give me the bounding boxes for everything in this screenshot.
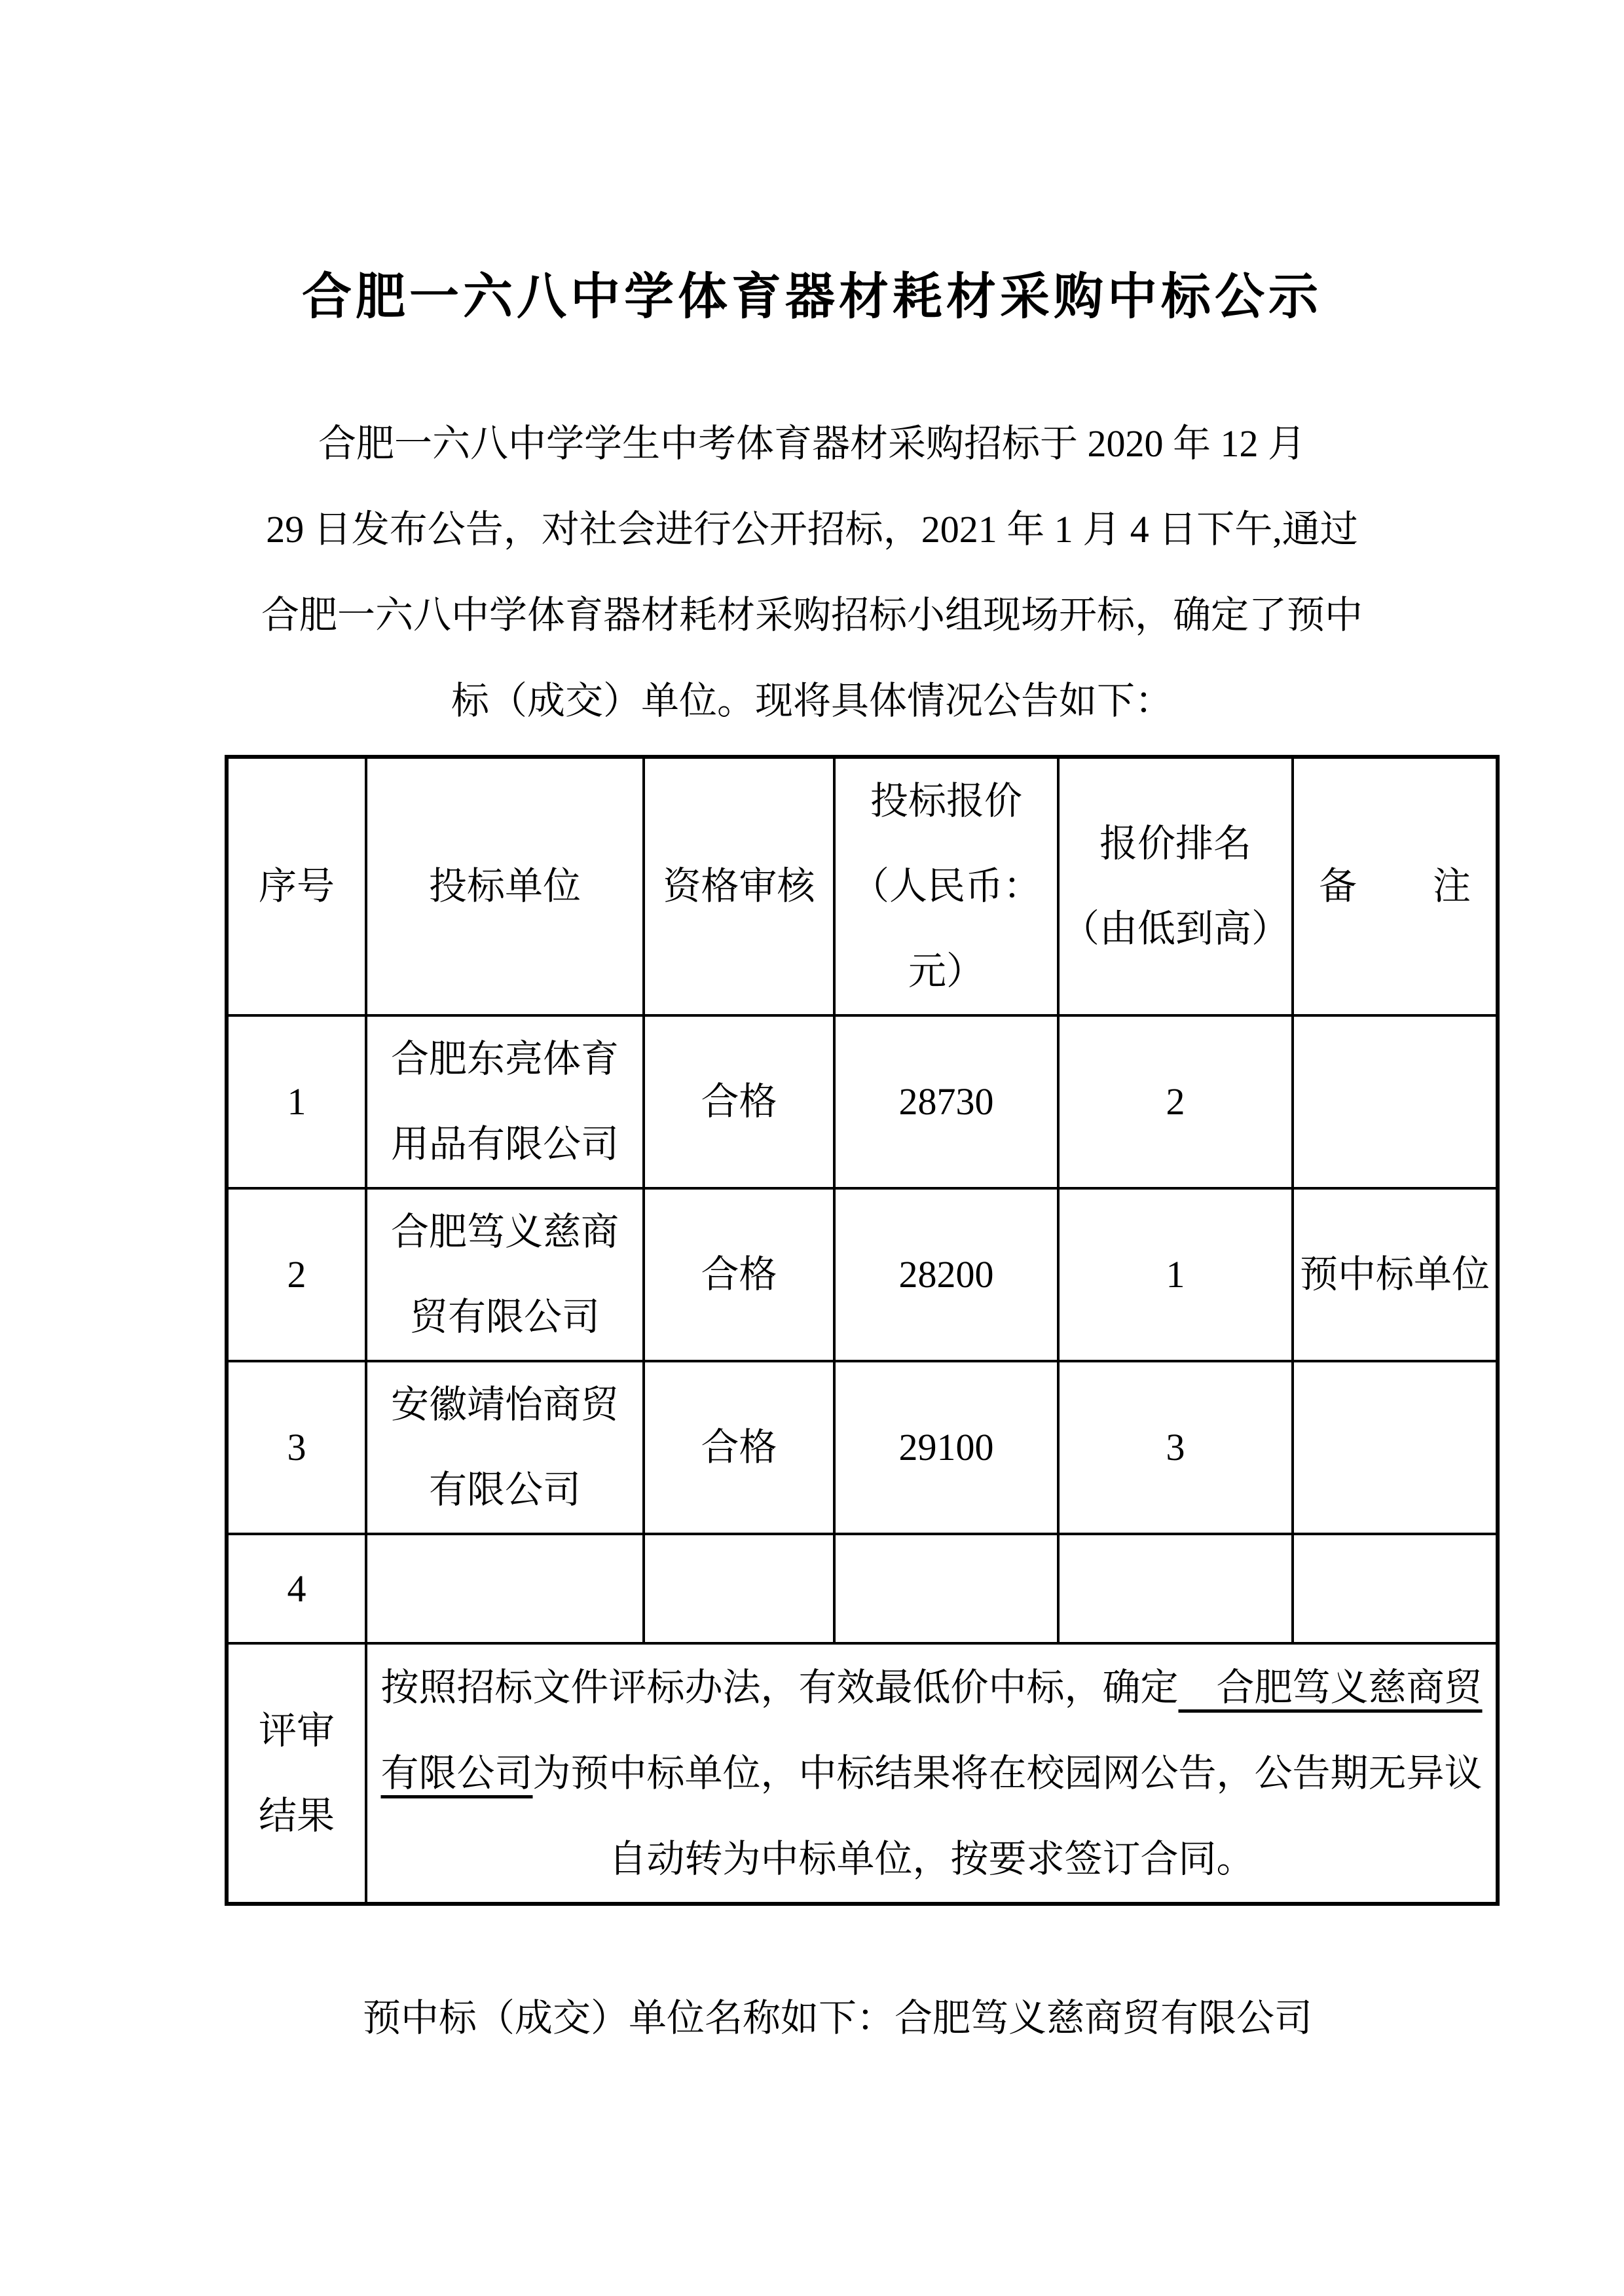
review-content-cell: 按照招标文件评标办法，有效最低价中标，确定 合肥笃义慈商贸 有限公司为预中标单位… (366, 1643, 1498, 1904)
cell-qualification: 合格 (644, 1015, 834, 1188)
cell-seq: 4 (227, 1534, 366, 1643)
seq-value: 4 (229, 1546, 365, 1631)
review-line: 按照招标文件评标办法，有效最低价中标，确定 合肥笃义慈商贸 (367, 1645, 1496, 1730)
review-text-underlined: 合肥笃义慈商贸 (1179, 1666, 1483, 1709)
bid-results-table: 序号 投标单位 资格审核 投标报价 （人民币： 元） 报价排名 （由低到高） 备… (225, 755, 1500, 1906)
cell-rank: 3 (1058, 1361, 1293, 1534)
table-row: 2 合肥笃义慈商 贸有限公司 合格 28200 1 预中标单位 (227, 1188, 1498, 1361)
remark-value: 预中标单位 (1294, 1232, 1496, 1317)
header-price: 投标报价 （人民币： 元） (834, 757, 1058, 1015)
review-row: 评审 结果 按照招标文件评标办法，有效最低价中标，确定 合肥笃义慈商贸 有限公司… (227, 1643, 1498, 1904)
seq-value: 3 (229, 1405, 365, 1490)
header-price-line: （人民币： (836, 844, 1057, 929)
closing-line: 预中标（成交）单位名称如下：合肥笃义慈商贸有限公司 (363, 1976, 1312, 2061)
price-value: 29100 (836, 1405, 1057, 1490)
intro-line: 合肥一六八中学体育器材耗材采购招标小组现场开标，确定了预中 (0, 572, 1624, 658)
price-value: 28200 (836, 1232, 1057, 1317)
intro-paragraph: 合肥一六八中学学生中考体育器材采购招标于 2020 年 12 月 29 日发布公… (0, 401, 1624, 744)
header-bidder-label: 投标单位 (367, 844, 642, 929)
cell-qualification (644, 1534, 834, 1643)
review-label-line: 结果 (229, 1774, 365, 1859)
price-value: 28730 (836, 1059, 1057, 1144)
cell-remark (1293, 1361, 1498, 1534)
header-rank-line: （由低到高） (1060, 886, 1291, 972)
qualification-value: 合格 (645, 1232, 833, 1317)
cell-bidder: 安徽靖怡商贸 有限公司 (366, 1361, 644, 1534)
header-remark: 备 注 (1293, 757, 1498, 1015)
intro-line: 标（成交）单位。现将具体情况公告如下： (0, 658, 1624, 744)
qualification-value: 合格 (645, 1405, 833, 1490)
bidder-line: 合肥笃义慈商 (367, 1190, 642, 1275)
header-qualification-label: 资格审核 (645, 844, 833, 929)
cell-bidder (366, 1534, 644, 1643)
seq-value: 1 (229, 1059, 365, 1144)
rank-value: 1 (1060, 1232, 1291, 1317)
cell-remark (1293, 1015, 1498, 1188)
review-text: 为预中标单位，中标结果将在校园网公告，公告期无异议 (533, 1752, 1483, 1795)
header-qualification: 资格审核 (644, 757, 834, 1015)
cell-seq: 3 (227, 1361, 366, 1534)
page-title: 合肥一六八中学体育器材耗材采购中标公示 (0, 264, 1624, 330)
header-remark-label: 备 注 (1294, 844, 1496, 929)
cell-seq: 2 (227, 1188, 366, 1361)
cell-qualification: 合格 (644, 1188, 834, 1361)
header-rank-line: 报价排名 (1060, 801, 1291, 886)
rank-value: 2 (1060, 1059, 1291, 1144)
review-label-cell: 评审 结果 (227, 1643, 366, 1904)
cell-rank (1058, 1534, 1293, 1643)
bidder-line: 贸有限公司 (367, 1275, 642, 1360)
bidder-line: 安徽靖怡商贸 (367, 1362, 642, 1448)
header-seq: 序号 (227, 757, 366, 1015)
review-line: 自动转为中标单位，按要求签订合同。 (367, 1816, 1496, 1902)
document-page: 合肥一六八中学体育器材耗材采购中标公示 合肥一六八中学学生中考体育器材采购招标于… (0, 0, 1624, 2296)
table-header-row: 序号 投标单位 资格审核 投标报价 （人民币： 元） 报价排名 （由低到高） 备… (227, 757, 1498, 1015)
qualification-value: 合格 (645, 1059, 833, 1144)
bidder-line: 合肥东亮体育 (367, 1017, 642, 1102)
cell-price: 29100 (834, 1361, 1058, 1534)
review-line: 有限公司为预中标单位，中标结果将在校园网公告，公告期无异议 (367, 1730, 1496, 1816)
intro-line: 29 日发布公告，对社会进行公开招标，2021 年 1 月 4 日下午,通过 (0, 486, 1624, 572)
bidder-line: 有限公司 (367, 1448, 642, 1533)
rank-value: 3 (1060, 1405, 1291, 1490)
header-bidder: 投标单位 (366, 757, 644, 1015)
review-label-line: 评审 (229, 1688, 365, 1774)
cell-price: 28200 (834, 1188, 1058, 1361)
table-row: 3 安徽靖怡商贸 有限公司 合格 29100 3 (227, 1361, 1498, 1534)
cell-bidder: 合肥东亮体育 用品有限公司 (366, 1015, 644, 1188)
review-text: 自动转为中标单位，按要求签订合同。 (608, 1838, 1254, 1880)
review-text: 按照招标文件评标办法，有效最低价中标，确定 (380, 1666, 1178, 1709)
cell-price: 28730 (834, 1015, 1058, 1188)
bidder-line: 用品有限公司 (367, 1102, 642, 1187)
cell-qualification: 合格 (644, 1361, 834, 1534)
cell-price (834, 1534, 1058, 1643)
header-price-line: 投标报价 (836, 759, 1057, 844)
cell-remark: 预中标单位 (1293, 1188, 1498, 1361)
cell-rank: 1 (1058, 1188, 1293, 1361)
review-text-underlined: 有限公司 (380, 1752, 532, 1795)
cell-rank: 2 (1058, 1015, 1293, 1188)
cell-remark (1293, 1534, 1498, 1643)
seq-value: 2 (229, 1232, 365, 1317)
header-seq-label: 序号 (229, 844, 365, 929)
cell-bidder: 合肥笃义慈商 贸有限公司 (366, 1188, 644, 1361)
table-row: 4 (227, 1534, 1498, 1643)
table-row: 1 合肥东亮体育 用品有限公司 合格 28730 2 (227, 1015, 1498, 1188)
header-rank: 报价排名 （由低到高） (1058, 757, 1293, 1015)
intro-line: 合肥一六八中学学生中考体育器材采购招标于 2020 年 12 月 (0, 401, 1624, 486)
header-price-line: 元） (836, 929, 1057, 1014)
cell-seq: 1 (227, 1015, 366, 1188)
